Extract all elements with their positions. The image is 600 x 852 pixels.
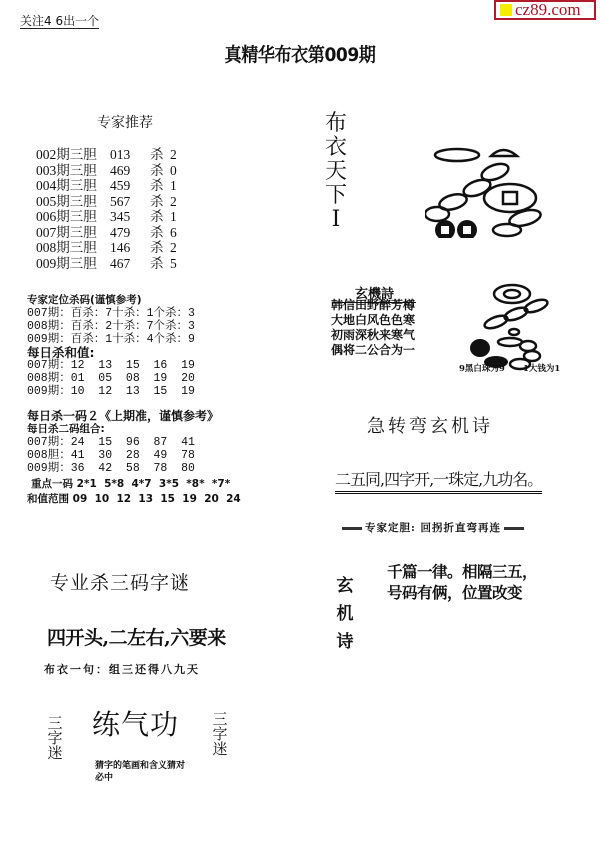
sum-range-line: 和值范围 09 10 12 13 15 19 20 24	[27, 493, 241, 506]
position-kill-title: 专家定位杀码(谨慎参考)	[27, 294, 195, 307]
coin-bead-chain-icon	[425, 138, 565, 238]
list-item: 002期三胆013杀2	[36, 147, 177, 163]
brand-square-icon	[500, 4, 512, 16]
list-item: 004期三胆459杀1	[36, 178, 177, 194]
divider	[342, 527, 362, 530]
list-item: 007期：12 13 15 16 19	[27, 359, 195, 372]
daily-one-kill-block: 每日杀一码２《上期准，谨慎参考》 每日杀二码组合: 007期：24 15 96 …	[27, 410, 241, 506]
position-kill-block: 专家定位杀码(谨慎参考) 007期：百杀：7十杀：1个杀：3 008期：百杀：2…	[27, 294, 195, 398]
list-item: 005期三胆567杀2	[36, 194, 177, 210]
list-item: 003期三胆469杀0	[36, 163, 177, 179]
riddle-title: 专业杀三码字谜	[50, 568, 190, 595]
riddle-body: 四开头,二左右,六要来	[47, 623, 226, 650]
poem-line: 千篇一律。相隔三五，	[387, 562, 537, 583]
caption-right: 1大钱为1	[523, 362, 560, 374]
poem-body: 韩信田野醉芳樽 大地白风色色寒 初雨深秋来寒气 偶将二公合为一	[331, 298, 415, 358]
divider	[504, 527, 524, 530]
riddle-line: 布衣一句：组三还得八九天	[44, 661, 200, 677]
riddle-hint: 猜字的笔画和含义猜对必中	[95, 760, 185, 784]
expert-line: 专家定胆: 回拐折直弯再连	[339, 520, 527, 535]
brand-logo[interactable]: cz89.com	[494, 0, 596, 20]
list-item: 008期：01 05 08 19 20	[27, 372, 195, 385]
list-item: 008期：百杀：2十杀：7个杀：3	[27, 320, 195, 333]
list-item: 009期：36 42 58 78 80	[27, 462, 241, 475]
bead-chain-icon	[470, 282, 580, 372]
expert-recommend-list: 002期三胆013杀2 003期三胆469杀0 004期三胆459杀1 005期…	[36, 147, 177, 271]
list-item: 007期：百杀：7十杀：1个杀：3	[27, 307, 195, 320]
list-item: 007期三胆479杀6	[36, 225, 177, 241]
xuanji-vertical-title: 玄机诗	[335, 572, 355, 656]
poem-line: 初雨深秋来寒气	[331, 328, 415, 343]
list-item: 006期三胆345杀1	[36, 209, 177, 225]
jizhuan-line: 二五同,四字开,一珠定,九功名。	[335, 467, 542, 494]
riddle-side-label-left: 三字迷	[47, 716, 63, 761]
expert-recommend-title: 专家推荐	[97, 112, 153, 132]
poem-line: 偶将二公合为一	[331, 343, 415, 358]
riddle-big-word: 练气功	[92, 703, 179, 743]
riddle-side-label-right: 三字迷	[212, 712, 228, 757]
list-item: 007期：24 15 96 87 41	[27, 436, 241, 449]
list-item: 008胆：41 30 28 49 78	[27, 449, 241, 462]
poem-line: 韩信田野醉芳樽	[331, 298, 415, 313]
list-item: 009期：10 12 13 15 19	[27, 385, 195, 398]
caption-left: 9黑白珠为9	[459, 362, 505, 374]
key-code-line: 重点一码 2*1 5*8 4*7 3*5 *8* *7*	[27, 478, 241, 491]
top-note: 关注4 6出一个	[20, 14, 99, 29]
daily-sum-title: 每日杀和值:	[27, 346, 195, 359]
vertical-title: 布衣天下I	[323, 112, 349, 232]
poem-line: 号码有俩，位置改变	[387, 583, 537, 604]
jizhuan-title: 急转弯玄机诗	[367, 412, 493, 438]
poem-line: 大地白风色色寒	[331, 313, 415, 328]
daily-two-kill-title: 每日杀二码组合:	[27, 423, 241, 436]
list-item: 009期三胆467杀5	[36, 256, 177, 272]
brand-text: cz89.com	[515, 2, 581, 18]
xuanji-poem: 千篇一律。相隔三五， 号码有俩，位置改变	[387, 562, 537, 604]
daily-one-kill-title: 每日杀一码２《上期准，谨慎参考》	[27, 410, 241, 423]
list-item: 008期三胆146杀2	[36, 240, 177, 256]
page-title: 真精华布衣第009期	[30, 40, 570, 67]
